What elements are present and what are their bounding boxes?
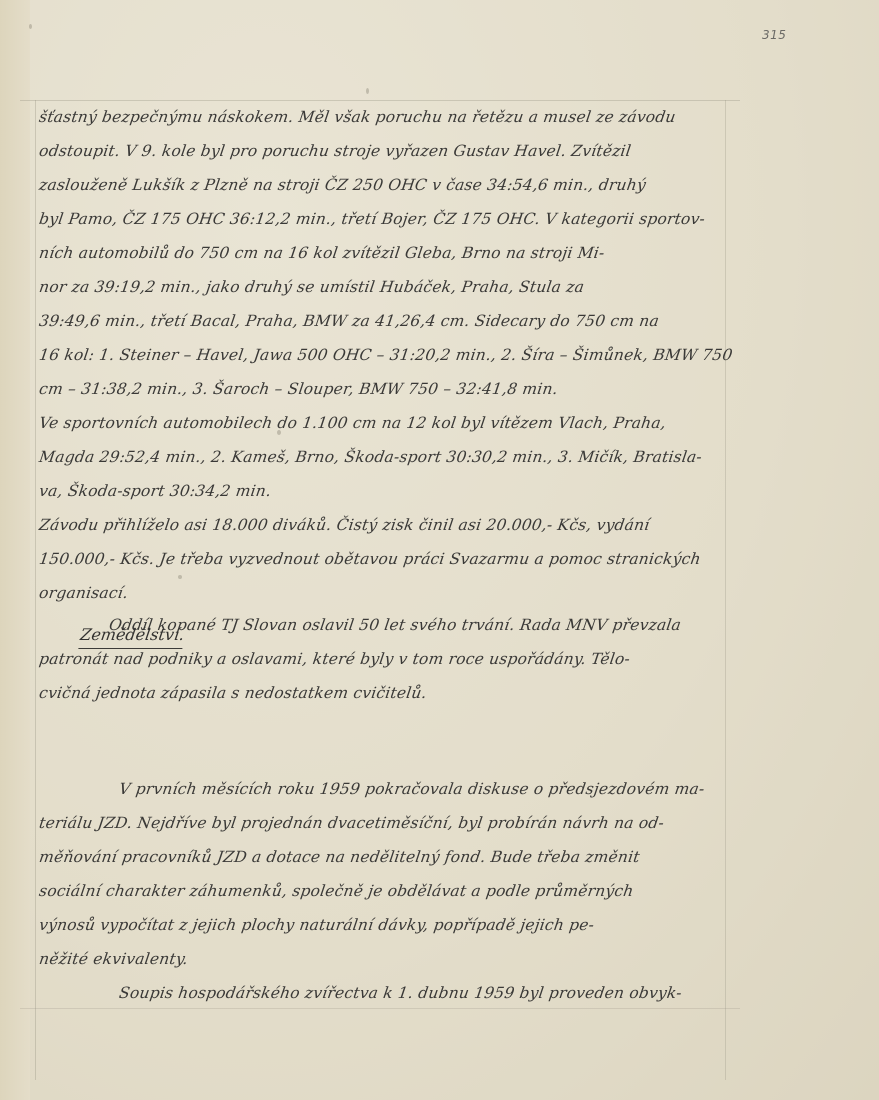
text-line: 39:49,6 min., třetí Bacal, Praha, BMW za…: [38, 312, 660, 330]
text-line: teriálu JZD. Nejdříve byl projednán dvac…: [38, 814, 665, 832]
page-number: 315: [762, 28, 786, 42]
text-line: Ve sportovních automobilech do 1.100 cm …: [38, 414, 667, 432]
text-line: měňování pracovníků JZD a dotace na nedě…: [38, 848, 641, 866]
text-line: 150.000,- Kčs. Je třeba vyzvednout oběta…: [38, 550, 702, 568]
right-margin-rule: [725, 100, 726, 1080]
text-line: Magda 29:52,4 min., 2. Kameš, Brno, Škod…: [38, 448, 703, 466]
text-line: 16 kol: 1. Steiner – Havel, Jawa 500 OHC…: [38, 346, 734, 364]
bottom-margin-rule: [20, 1008, 740, 1009]
text-line: odstoupit. V 9. kole byl pro poruchu str…: [38, 142, 632, 160]
binding-edge: [0, 0, 30, 1100]
paper-blemish: [178, 575, 182, 579]
document-page: 315 šťastný bezpečnýmu náskokem. Měl vša…: [0, 0, 879, 1100]
text-line: sociální charakter záhumenků, společně j…: [38, 882, 635, 900]
paper-blemish: [29, 24, 32, 29]
text-line: šťastný bezpečnýmu náskokem. Měl však po…: [38, 108, 677, 126]
text-line: něžité ekvivalenty.: [38, 950, 189, 968]
text-line: cm – 31:38,2 min., 3. Šaroch – Slouper, …: [38, 380, 559, 398]
text-line: cvičná jednota zápasila s nedostatkem cv…: [38, 684, 428, 702]
text-line: patronát nad podniky a oslavami, které b…: [38, 650, 631, 668]
text-line: nor za 39:19,2 min., jako druhý se umíst…: [38, 278, 585, 296]
text-line: V prvních měsících roku 1959 pokračovala…: [118, 780, 706, 798]
paper-blemish: [366, 88, 369, 94]
text-line: zaslouženě Lukšík z Plzně na stroji ČZ 2…: [38, 176, 647, 194]
section-heading: Zemědělství.: [78, 625, 185, 649]
text-line: organisací.: [38, 584, 129, 602]
text-line: va, Škoda-sport 30:34,2 min.: [38, 482, 272, 500]
top-margin-rule: [20, 100, 740, 101]
text-line: Soupis hospodářského zvířectva k 1. dubn…: [118, 984, 683, 1002]
left-margin-rule: [35, 100, 36, 1080]
text-line: ních automobilů do 750 cm na 16 kol zvít…: [38, 244, 606, 262]
text-line: Závodu přihlíželo asi 18.000 diváků. Čis…: [38, 516, 651, 534]
text-line: byl Pamo, ČZ 175 OHC 36:12,2 min., třetí…: [38, 210, 706, 228]
text-line: Oddíl kopané TJ Slovan oslavil 50 let sv…: [108, 616, 682, 634]
text-line: výnosů vypočítat z jejich plochy naturál…: [38, 916, 595, 934]
